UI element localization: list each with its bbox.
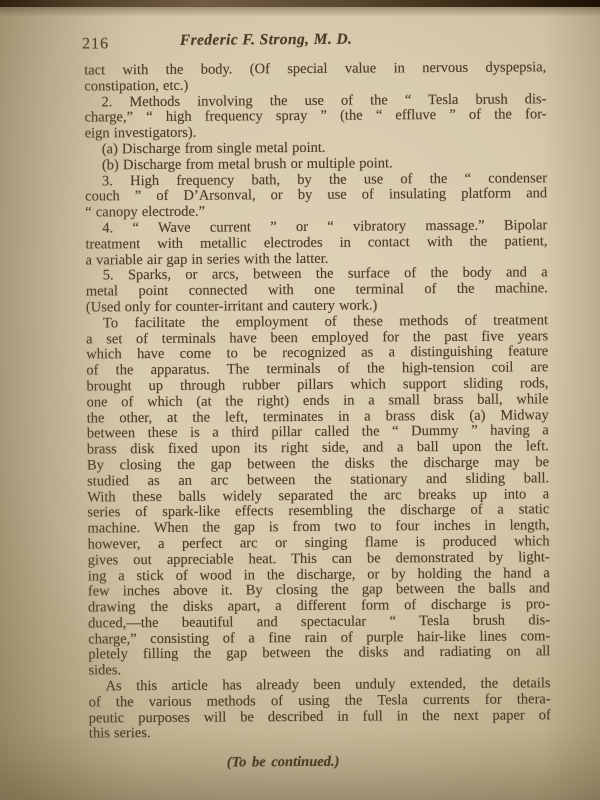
text-line: metal point connected with one terminal … xyxy=(86,281,548,300)
text-line: treatment with metallic electrodes in co… xyxy=(85,234,547,253)
book-page-photo: 216 Frederic F. Strong, M. D. tact with … xyxy=(0,0,600,800)
body-text: tact with the body. (Of special value in… xyxy=(84,60,551,742)
text-line: this series. xyxy=(89,724,551,743)
to-be-continued-footer: (To be continued.) xyxy=(163,753,403,772)
page-content: 216 Frederic F. Strong, M. D. tact with … xyxy=(0,0,600,800)
text-line: tact with the body. (Of special value in… xyxy=(84,60,546,79)
running-header: Frederic F. Strong, M. D. xyxy=(106,30,426,50)
